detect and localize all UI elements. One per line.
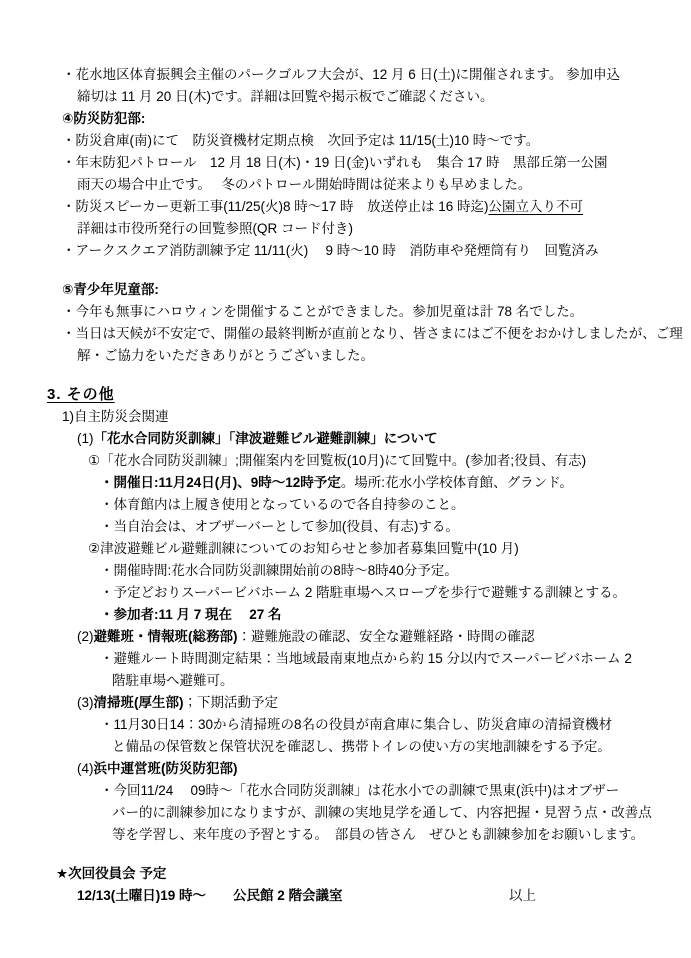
text-segment: ・アークスクエア消防訓練予定 11/11(火) 9 時～10 時 消防車や発煙筒… [62,243,599,258]
text-segment: 階駐車場へ避難可。 [112,673,234,688]
text-segment: ・当自治会は、オブザーバーとして参加(役員、有志)する。 [100,519,459,534]
hinan-route-line2: 階駐車場へ避難可。 [112,670,655,692]
text-segment: ・今回11/24 09時～「花水合同防災訓練」は花水小での訓練で黒東(浜中)はオ… [100,783,619,798]
text-segment: ・予定どおりスーパービバホーム 2 階駐車場へスロープを歩行で避難する訓練とする… [100,585,626,600]
text-segment: ④防災防犯部: [62,111,145,126]
bousai-souko-line: ・防災倉庫(南)にて 防災資機材定期点検 次回予定は 11/15(土)10 時～… [62,130,655,152]
seisou-line1: ・11月30日14：30から清掃班の8名の役員が南倉庫に集合し、防災倉庫の清掃資… [100,714,655,736]
text-segment: ★次回役員会 予定 [56,866,166,881]
text-segment: ・花水地区体育振興会主催のパークゴルフ大会が、12 月 6 日(土)に開催されま… [62,67,620,82]
speaker-koji-line1: ・防災スピーカー更新工事(11/25(火)8 時～17 時 放送停止は 16 時… [62,196,655,218]
text-segment: と備品の保管数と保管状況を確認し、携帯トイレの使い方の実地訓練をする予定。 [112,739,611,754]
text-segment: ①「花水合同防災訓練」;開催案内を回覧板(10月)にて回覧中。(参加者;役員、有… [88,453,586,468]
halloween-line2: ・当日は天候が不安定で、開催の最終判断が直前となり、皆さまにはご不便をおかけしま… [62,323,655,345]
seisou-line2: と備品の保管数と保管状況を確認し、携帯トイレの使い方の実地訓練をする予定。 [112,736,655,758]
text-segment: ・開催日:11月24日(月)、9時～12時予定 [100,475,341,490]
patrol-line2: 雨天の場合中止です。 冬のパトロール開始時間は従来よりも早めました。 [77,174,655,196]
text-segment: 「花水合同防災訓練」「津波避難ビル避難訓練」について [94,431,438,446]
text-segment: ・今年も無事にハロウィンを開催することができました。参加児童は計 78 名でした… [62,304,583,319]
text-segment: 等を学習し、来年度の予習とする。 部員の皆さん ぜひとも訓練参加をお願いします。 [112,827,644,842]
item3-header: (3)清掃班(厚生部)；下期活動予定 [77,692,655,714]
text-segment: ⑤青少年児童部: [62,282,159,297]
text-segment: 3. その他 [47,386,115,403]
item1-header: (1)「花水合同防災訓練」「津波避難ビル避難訓練」について [77,428,655,450]
uwabaki-line: ・体育館内は上履き使用となっているので各自持参のこと。 [100,494,655,516]
hamanaka-line3: 等を学習し、来年度の予習とする。 部員の皆さん ぜひとも訓練参加をお願いします。 [112,824,655,846]
item4-header: (4)浜中運営班(防災防犯部) [77,758,655,780]
closing-ijou-label: 以上 [509,885,536,907]
text-segment: ・防災倉庫(南)にて 防災資機材定期点検 次回予定は 11/15(土)10 時～… [62,133,539,148]
arksquare-line: ・アークスクエア消防訓練予定 11/11(火) 9 時～10 時 消防車や発煙筒… [62,240,655,262]
text-segment: (3) [77,695,94,710]
section4-header: ④防災防犯部: [62,108,655,130]
section3-heading: 3. その他 [47,384,655,406]
next-meeting-detail: 12/13(土曜日)19 時～ 公民館 2 階会議室以上 [77,885,655,907]
text-segment: 浜中運営班(防災防犯部) [94,761,238,776]
kaisaijikan-line: ・開催時間:花水合同防災訓練開始前の8時～8時40分予定。 [100,560,655,582]
text-segment: ；下期活動予定 [184,695,279,710]
text-segment: ②津波避難ビル避難訓練についてのお知らせと参加者募集回覧中(10 月) [88,541,519,556]
hamanaka-line1: ・今回11/24 09時～「花水合同防災訓練」は花水小での訓練で黒東(浜中)はオ… [100,780,655,802]
text-segment: ・当日は天候が不安定で、開催の最終判断が直前となり、皆さまにはご不便をおかけしま… [62,326,683,341]
text-segment: 清掃班(厚生部) [94,695,184,710]
text-segment: バー的に訓練参加になりますが、訓練の実地見学を通して、内容把握・見習う点・改善点 [112,805,652,820]
parkgolf-notice-line1: ・花水地区体育振興会主催のパークゴルフ大会が、12 月 6 日(土)に開催されま… [62,64,655,86]
text-segment: 解・ご協力をいただきありがとうございました。 [77,348,374,363]
observer-line: ・当自治会は、オブザーバーとして参加(役員、有志)する。 [100,516,655,538]
hinan-route-line1: ・避難ルート時間測定結果：当地域最南東地点から約 15 分以内でスーパービバホー… [100,648,655,670]
text-segment: (2) [77,629,94,644]
text-segment: 雨天の場合中止です。 冬のパトロール開始時間は従来よりも早めました。 [77,177,531,192]
text-segment: 12/13(土曜日)19 時～ 公民館 2 階会議室 [77,888,343,903]
section5-header: ⑤青少年児童部: [62,279,655,301]
parkgolf-notice-line2: 締切は 11 月 20 日(木)です。詳細は回覧や掲示板でご確認ください。 [77,86,655,108]
text-segment: 1)自主防災会関連 [62,409,169,424]
text-segment: 詳細は市役所発行の回覧参照(QR コード付き) [77,221,353,236]
text-segment: (4) [77,761,94,776]
text-segment: ：避難施設の確認、安全な避難経路・時間の確認 [238,629,535,644]
halloween-line3: 解・ご協力をいただきありがとうございました。 [77,345,655,367]
text-segment: ・参加者:11 月 7 現在 27 名 [100,607,282,622]
vivahome-line: ・予定どおりスーパービバホーム 2 階駐車場へスロープを歩行で避難する訓練とする… [100,582,655,604]
next-meeting-header: ★次回役員会 予定 [56,863,655,885]
text-segment: 。場所:花水小学校体育館、グランド。 [341,475,573,490]
text-segment: 締切は 11 月 20 日(木)です。詳細は回覧や掲示板でご確認ください。 [77,89,493,104]
text-segment: ・年末防犯パトロール 12 月 18 日(木)・19 日(金)いずれも 集合 1… [62,155,608,170]
halloween-line1: ・今年も無事にハロウィンを開催することができました。参加児童は計 78 名でした… [62,301,655,323]
item2-header: (2)避難班・情報班(総務部)：避難施設の確認、安全な避難経路・時間の確認 [77,626,655,648]
sankasha-line: ・参加者:11 月 7 現在 27 名 [100,604,655,626]
text-segment: ・避難ルート時間測定結果：当地域最南東地点から約 15 分以内でスーパービバホー… [100,651,632,666]
text-segment: ・体育館内は上履き使用となっているので各自持参のこと。 [100,497,465,512]
text-segment: 公園立入り不可 [489,199,584,214]
document-page: ・花水地区体育振興会主催のパークゴルフ大会が、12 月 6 日(土)に開催されま… [0,0,691,958]
kaisaibi-line: ・開催日:11月24日(月)、9時～12時予定。場所:花水小学校体育館、グランド… [100,472,655,494]
document-body: ・花水地区体育振興会主催のパークゴルフ大会が、12 月 6 日(土)に開催されま… [47,64,655,907]
text-segment: ・11月30日14：30から清掃班の8名の役員が南倉庫に集合し、防災倉庫の清掃資… [100,717,612,732]
jishu-bousai-line: 1)自主防災会関連 [62,406,655,428]
speaker-koji-line2: 詳細は市役所発行の回覧参照(QR コード付き) [77,218,655,240]
item1-sub1-header: ①「花水合同防災訓練」;開催案内を回覧板(10月)にて回覧中。(参加者;役員、有… [88,450,655,472]
item1-sub2-header: ②津波避難ビル避難訓練についてのお知らせと参加者募集回覧中(10 月) [88,538,655,560]
text-segment: ・開催時間:花水合同防災訓練開始前の8時～8時40分予定。 [100,563,458,578]
hamanaka-line2: バー的に訓練参加になりますが、訓練の実地見学を通して、内容把握・見習う点・改善点 [112,802,655,824]
text-segment: 避難班・情報班(総務部) [94,629,238,644]
text-segment: (1) [77,431,94,446]
patrol-line1: ・年末防犯パトロール 12 月 18 日(木)・19 日(金)いずれも 集合 1… [62,152,655,174]
text-segment: ・防災スピーカー更新工事(11/25(火)8 時～17 時 放送停止は 16 時… [62,199,489,214]
